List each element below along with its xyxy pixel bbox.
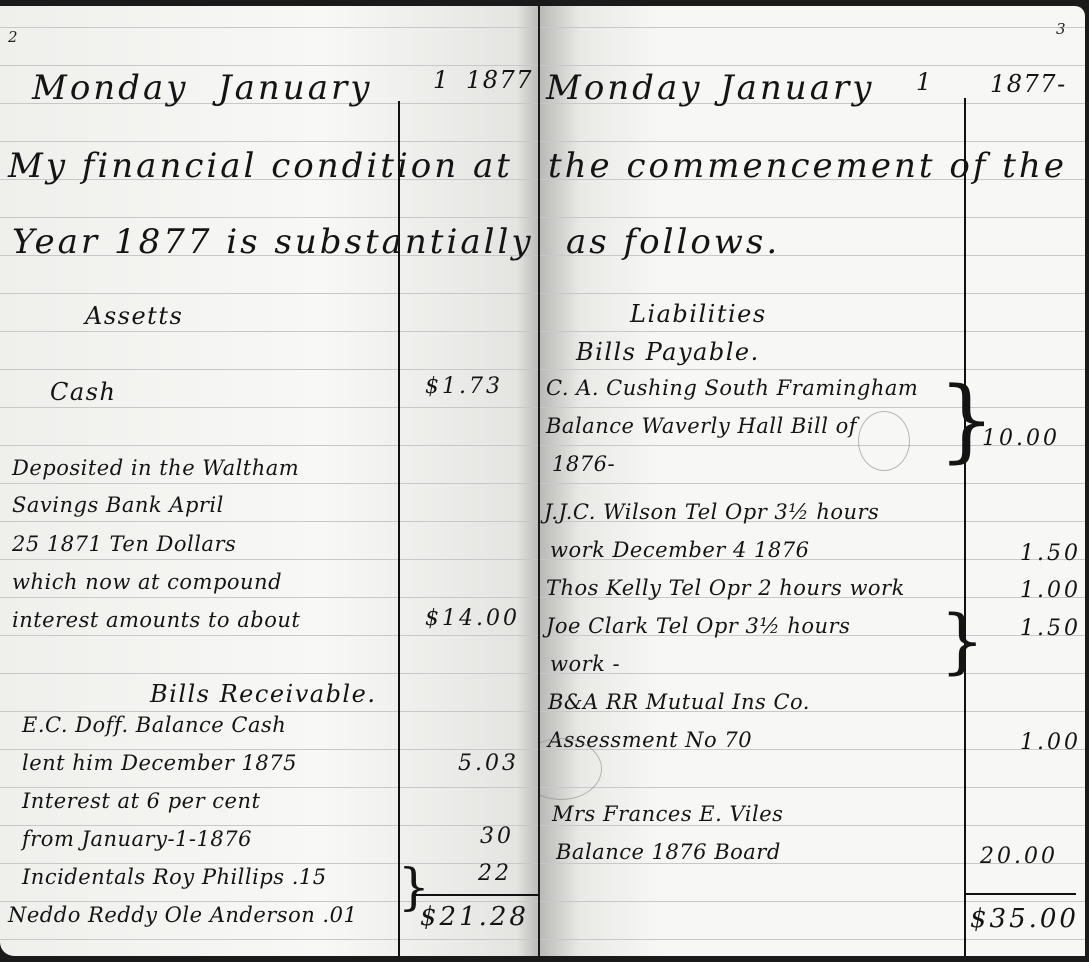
receivable-line: lent him December 1875 [22,751,297,775]
liability-amount: 20.00 [980,844,1058,869]
header-day: Monday [546,68,702,108]
liability-line: B&A RR Mutual Ins Co. [548,690,810,714]
page-number: 2 [8,28,18,46]
ledger-page-right: 3 Monday January 1 1877- the commencemen… [540,6,1085,956]
asset-amount: $14.00 [425,606,520,631]
intro-line: as follows. [566,222,780,262]
liability-amount: 1.00 [1020,730,1081,755]
header-day: Monday [32,68,188,108]
asset-line: Deposited in the Waltham [12,456,299,480]
liability-amount: 1.50 [1020,541,1081,566]
subsection-title-receivable: Bills Receivable. [150,680,376,708]
liabilities-total: $35.00 [970,904,1079,934]
liability-amount: 1.50 [1020,616,1081,641]
header-year: 1877 [466,66,533,94]
receivable-line: from January-1-1876 [22,827,252,851]
section-title-liabilities: Liabilities [630,300,767,328]
intro-line: the commencement of the [548,146,1067,186]
intro-line: My financial condition at [8,146,513,186]
receivable-amount: 22 [478,861,512,886]
brace: } [940,606,985,676]
liability-line: Mrs Frances E. Viles [552,802,783,826]
liability-line: Joe Clark Tel Opr 3½ hours [546,614,850,638]
total-rule [966,893,1076,895]
receivable-line: Incidentals Roy Phillips .15 [22,865,327,889]
asset-label: Cash [50,378,116,406]
assets-total: $21.28 [420,902,529,932]
header-month: January [218,68,372,108]
brace: } [938,376,995,466]
asset-line: Savings Bank April [12,493,224,517]
liability-line: C. A. Cushing South Framingham [546,376,918,400]
header-month: January [720,68,874,108]
receivable-amount: 30 [480,824,514,849]
subsection-title-payable: Bills Payable. [576,338,760,366]
header-date: 1 [433,66,450,94]
liability-amount: 1.00 [1020,578,1081,603]
header-date: 1 [916,68,933,96]
page-number: 3 [1056,20,1066,38]
liability-line: Thos Kelly Tel Opr 2 hours work [546,576,905,600]
section-title-assets: Assetts [85,302,183,330]
liability-line: 1876- [552,452,615,476]
liability-line: J.J.C. Wilson Tel Opr 3½ hours [544,500,879,524]
receivable-line: Neddo Reddy Ole Anderson .01 [8,903,357,927]
intro-line: Year 1877 is substantially [12,222,534,262]
asset-amount: $1.73 [425,374,503,399]
liability-line: Balance Waverly Hall Bill of [546,414,857,438]
liability-line: Balance 1876 Board [556,840,781,864]
total-rule [412,894,538,896]
header-year: 1877- [990,70,1067,98]
liability-line: work - [550,652,620,676]
asset-line: 25 1871 Ten Dollars [12,532,236,556]
asset-line: interest amounts to about [12,608,300,632]
liability-amount: 10.00 [982,426,1060,451]
ledger-page-left: 2 Monday January 1 1877 My financial con… [0,6,538,956]
amount-column-rule [964,98,966,956]
liability-line: work December 4 1876 [550,538,810,562]
asset-line: which now at compound [12,570,282,594]
receivable-line: Interest at 6 per cent [22,789,260,813]
receivable-line: E.C. Doff. Balance Cash [22,713,286,737]
receivable-amount: 5.03 [458,751,519,776]
water-stain [858,411,910,471]
